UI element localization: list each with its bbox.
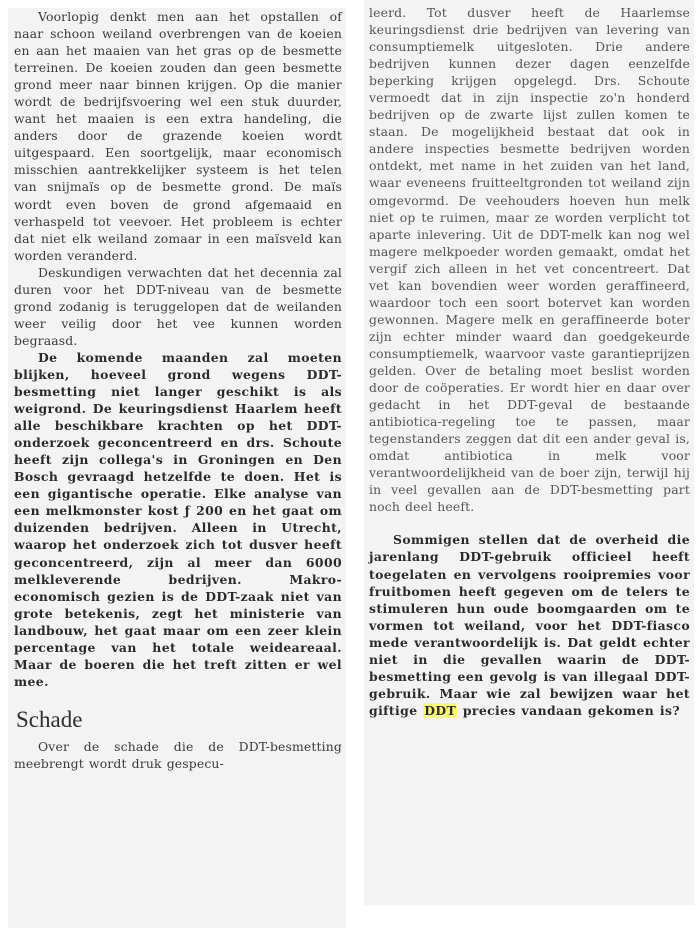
paragraph-storage-options: Voorlopig denkt men aan het opstallen of…: [14, 8, 342, 264]
paragraph-damage-intro: Over de schade die de DDT-besmetting mee…: [14, 738, 342, 772]
newspaper-clipping: Voorlopig denkt men aan het opstallen of…: [0, 0, 700, 929]
highlighted-search-term: DDT: [423, 703, 457, 718]
paragraph-dairy-exclusion: leerd. Tot dusver heeft de Haarlemse keu…: [369, 4, 690, 515]
article-column-left: Voorlopig denkt men aan het opstallen of…: [8, 8, 346, 928]
paragraph-experts-expect: Deskundigen verwachten dat het decennia …: [14, 264, 342, 349]
article-column-right: leerd. Tot dusver heeft de Haarlemse keu…: [364, 0, 694, 905]
section-heading-schade: Schade: [16, 706, 342, 734]
column-gutter: [346, 0, 364, 929]
paragraph-government-responsibility: Sommigen stellen dat de overheid die jar…: [369, 531, 690, 719]
paragraph-coming-months: De komende maanden zal moeten blijken, h…: [14, 349, 342, 690]
closing-text-after: precies vandaan gekomen is?: [457, 703, 680, 718]
closing-text-before: Sommigen stellen dat de overheid die jar…: [369, 532, 690, 717]
